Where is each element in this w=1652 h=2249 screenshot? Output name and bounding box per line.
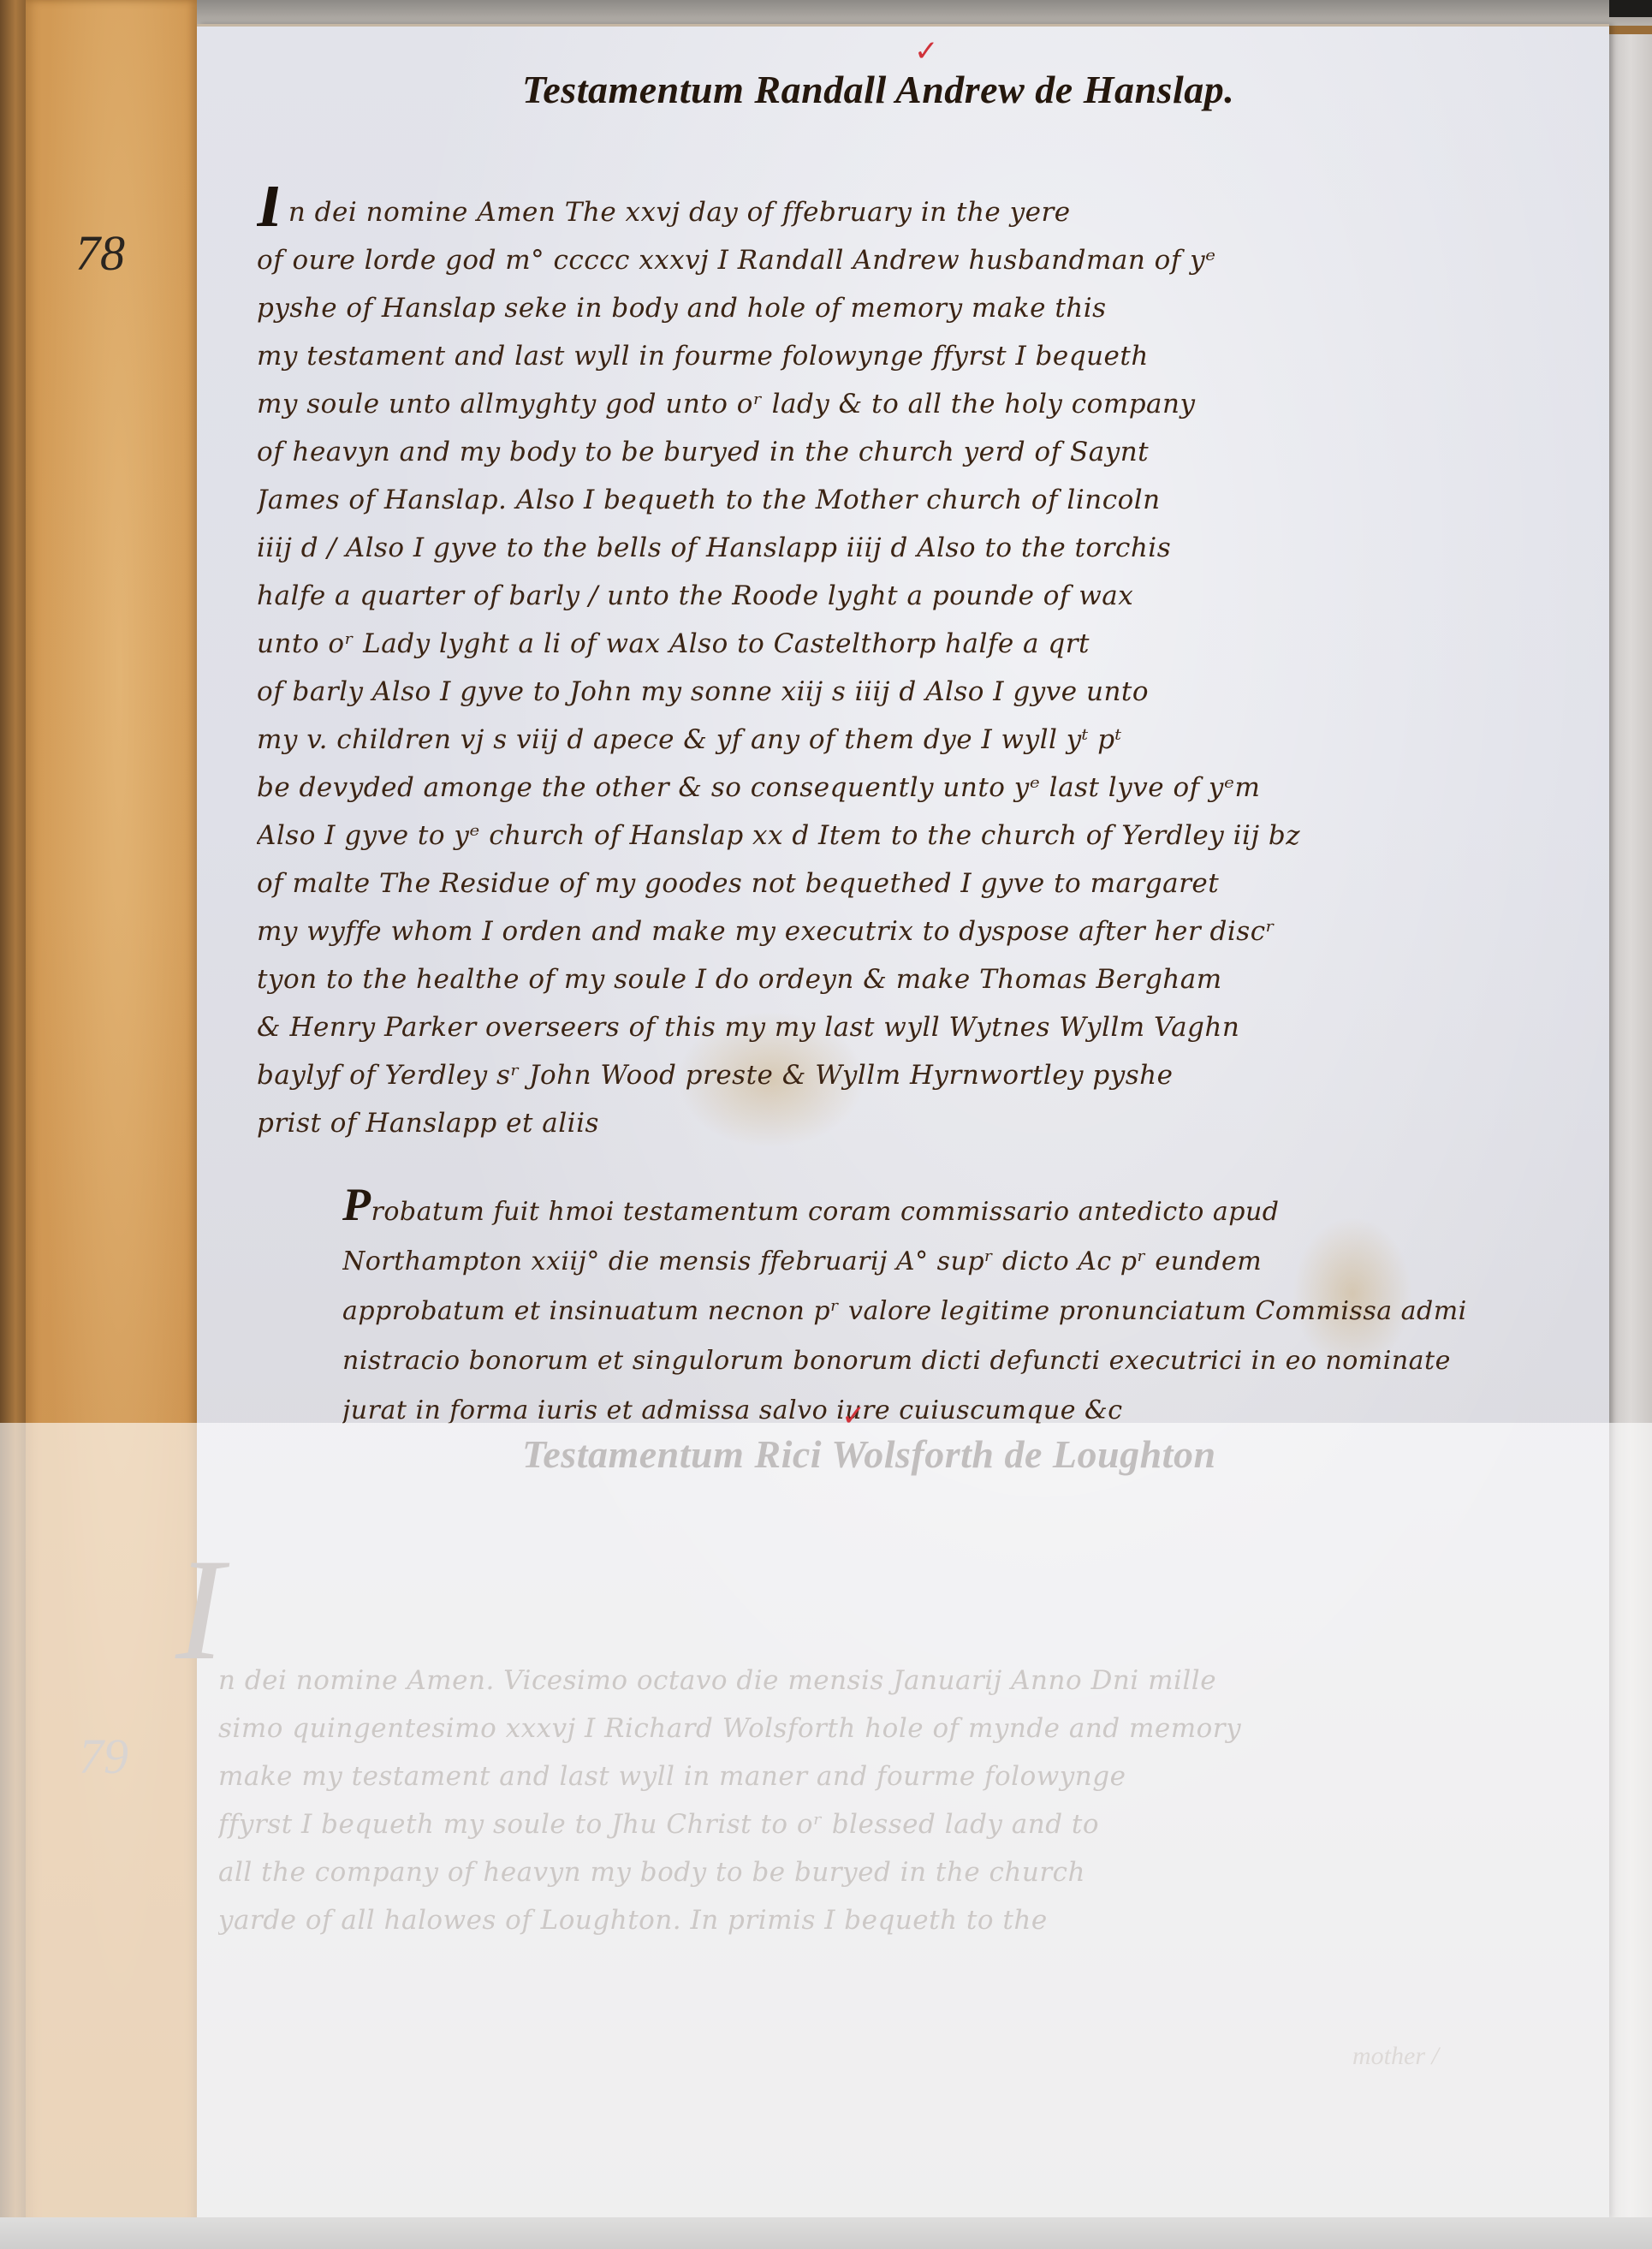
text-line: yarde of all halowes of Loughton. In pri… bbox=[218, 1896, 1588, 1944]
text-line: of malte The Residue of my goodes not be… bbox=[257, 860, 1592, 907]
folio-number: 79 bbox=[79, 1728, 128, 1785]
text-line: my soule unto allmyghty god unto oʳ lady… bbox=[257, 380, 1592, 428]
text-line: my v. children vj s viij d apece & yf an… bbox=[257, 716, 1592, 764]
text-line: Also I gyve to yᵉ church of Hanslap xx d… bbox=[257, 812, 1592, 860]
text-line: of heavyn and my body to be buryed in th… bbox=[257, 428, 1592, 476]
text-line: unto oʳ Lady lyght a li of wax Also to C… bbox=[257, 620, 1592, 668]
text-line: of oure lorde god m° ccccc xxxvj I Randa… bbox=[257, 236, 1592, 284]
catchword: mother / bbox=[1352, 2042, 1439, 2071]
text-line: simo quingentesimo xxxvj I Richard Wolsf… bbox=[218, 1705, 1588, 1752]
manuscript-photo: 78 ✓ Testamentum Randall Andrew de Hansl… bbox=[0, 0, 1652, 2249]
text-line: iiij d / Also I gyve to the bells of Han… bbox=[257, 524, 1592, 572]
text-line: James of Hanslap. Also I bequeth to the … bbox=[257, 476, 1592, 524]
folio-number: 78 bbox=[75, 224, 125, 282]
will-text: In dei nomine Amen The xxvj day of ffebr… bbox=[257, 187, 1592, 1147]
background-gap bbox=[1609, 0, 1652, 17]
will-text: n dei nomine Amen. Vicesimo octavo die m… bbox=[218, 1657, 1588, 1944]
text-line: halfe a quarter of barly / unto the Rood… bbox=[257, 572, 1592, 620]
text-line: Probatum fuit hmoi testamentum coram com… bbox=[342, 1180, 1601, 1237]
binding-edge bbox=[0, 0, 26, 2249]
text-line: n dei nomine Amen. Vicesimo octavo die m… bbox=[218, 1657, 1588, 1705]
text-line: of barly Also I gyve to John my sonne xi… bbox=[257, 668, 1592, 716]
text-line: tyon to the healthe of my soule I do ord… bbox=[257, 955, 1592, 1003]
text-line: make my testament and last wyll in maner… bbox=[218, 1752, 1588, 1800]
text-line: ffyrst I bequeth my soule to Jhu Christ … bbox=[218, 1800, 1588, 1848]
text-line: nistracio bonorum et singulorum bonorum … bbox=[342, 1336, 1601, 1386]
text-line: jurat in forma iuris et admissa salvo iu… bbox=[342, 1386, 1601, 1436]
entry-heading: Testamentum Randall Andrew de Hanslap. bbox=[522, 67, 1234, 112]
text-line: be devyded amonge the other & so consequ… bbox=[257, 764, 1592, 812]
text-line: Northampton xxiij° die mensis ffebruarij… bbox=[342, 1237, 1601, 1287]
adjacent-leaf-edge bbox=[1609, 34, 1652, 2226]
text-line: all the company of heavyn my body to be … bbox=[218, 1848, 1588, 1896]
text-line: prist of Hanslapp et aliis bbox=[257, 1099, 1592, 1147]
probate-clause: Probatum fuit hmoi testamentum coram com… bbox=[342, 1180, 1601, 1436]
text-line: & Henry Parker overseers of this my my l… bbox=[257, 1003, 1592, 1051]
text-line: my testament and last wyll in fourme fol… bbox=[257, 332, 1592, 380]
page-bottom-shadow bbox=[0, 2217, 1652, 2249]
top-page-edge bbox=[197, 0, 1652, 26]
text-line: baylyf of Yerdley sʳ John Wood preste & … bbox=[257, 1051, 1592, 1099]
decorated-initial: I bbox=[175, 1537, 224, 1682]
decorated-initial: P bbox=[342, 1180, 371, 1230]
red-tick-icon: ✓ bbox=[841, 1399, 866, 1433]
guard-strip bbox=[26, 0, 197, 2249]
text-line: In dei nomine Amen The xxvj day of ffebr… bbox=[257, 187, 1592, 236]
entry-heading: Testamentum Rici Wolsforth de Loughton bbox=[522, 1431, 1216, 1477]
text-line: my wyffe whom I orden and make my execut… bbox=[257, 907, 1592, 955]
decorated-initial: I bbox=[257, 187, 283, 236]
red-tick-icon: ✓ bbox=[914, 34, 939, 68]
text-line: pyshe of Hanslap seke in body and hole o… bbox=[257, 284, 1592, 332]
text-line: approbatum et insinuatum necnon pʳ valor… bbox=[342, 1287, 1601, 1336]
